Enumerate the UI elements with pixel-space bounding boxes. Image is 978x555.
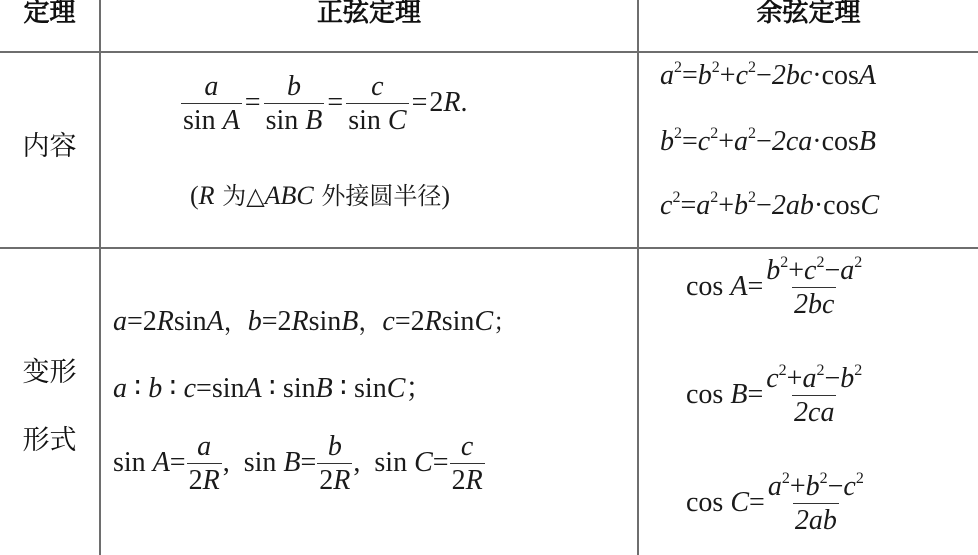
sine-law-formula: a sin A = b sin B = c sin C =2R.	[180, 72, 467, 137]
var: a	[802, 363, 816, 394]
row-label-transformed-2: 形式	[0, 418, 99, 457]
cosine-law-c: c2=a2+b2−2ab·cosC	[660, 190, 879, 222]
var: a	[113, 373, 127, 404]
angle: B	[316, 373, 333, 404]
minus: −	[828, 471, 844, 502]
square: 2	[782, 470, 790, 487]
header-sine-law: 正弦定理	[101, 0, 637, 29]
sin-fn: sin	[309, 306, 342, 337]
rhs: =2	[262, 306, 292, 337]
ratio-colon: ∶	[269, 373, 276, 404]
denominator: 2ab	[793, 503, 839, 537]
plus: +	[787, 363, 803, 394]
sin-fn: sin	[348, 105, 381, 136]
var: c	[660, 190, 672, 221]
sin-fn: sin	[113, 447, 153, 478]
ratio-colon: ∶	[169, 373, 176, 404]
sine-ratio-expression: a ∶ b ∶ c=sinA ∶ sinB ∶ sinC；	[113, 366, 433, 406]
square: 2	[854, 362, 862, 379]
cos-fn: ·cos	[812, 60, 859, 91]
angle: A	[730, 271, 747, 302]
numerator: c	[459, 432, 475, 463]
angle: A	[207, 306, 224, 337]
var: c	[766, 363, 778, 394]
var: c	[698, 126, 710, 157]
fraction-c-sinC: c sin C	[346, 72, 408, 137]
angle: C	[860, 190, 879, 221]
coefficient: 2bc	[772, 60, 812, 91]
minus: −	[756, 126, 772, 157]
angle: B	[341, 306, 358, 337]
equals: =	[747, 379, 763, 410]
cos-fn: cos	[686, 487, 730, 518]
column-divider-2	[637, 0, 639, 555]
fraction-a-2R: a2R	[187, 432, 222, 497]
radius-var: R	[157, 306, 174, 337]
equals: =	[170, 447, 186, 478]
var: a	[113, 306, 127, 337]
denominator: 2ca	[792, 395, 836, 429]
angle: B	[859, 126, 876, 157]
square: 2	[674, 59, 682, 76]
var: b	[698, 60, 712, 91]
sine-side-expressions: a=2RsinA，b=2RsinB，c=2RsinC；	[113, 302, 517, 338]
separator: ,	[223, 447, 230, 478]
cos-fn: ·cos	[814, 190, 861, 221]
triangle-name: ABC	[265, 181, 314, 210]
plus: +	[718, 126, 734, 157]
separator: ；	[405, 373, 433, 404]
numerator: a	[195, 432, 213, 463]
equals: =	[245, 87, 261, 119]
rhs: =2	[127, 306, 157, 337]
angle: C	[387, 373, 406, 404]
angle: C	[474, 306, 493, 337]
equals: =	[749, 487, 765, 518]
sin-fn: sin	[212, 373, 245, 404]
ratio-colon: ∶	[340, 373, 347, 404]
column-divider-1	[99, 0, 101, 555]
square: 2	[674, 125, 682, 142]
row-divider-1	[0, 247, 978, 249]
cos-fn: cos	[686, 379, 730, 410]
cos-fn: cos	[686, 271, 730, 302]
var: c	[184, 373, 196, 404]
square: 2	[779, 362, 787, 379]
sin-fn: sin	[244, 447, 284, 478]
var: a	[768, 471, 782, 502]
separator: ,	[353, 447, 360, 478]
coefficient: 2ab	[772, 190, 814, 221]
fraction-cosC: a2+b2−c22ab	[766, 472, 866, 537]
minus: −	[824, 255, 840, 286]
var: b	[248, 306, 262, 337]
fraction-b-sinB: b sin B	[264, 72, 325, 137]
radius-var: R	[466, 465, 483, 496]
var: a	[734, 126, 748, 157]
separator: ，	[358, 308, 382, 336]
equals: =	[433, 447, 449, 478]
var: a	[660, 60, 674, 91]
angle: C	[414, 447, 433, 478]
denominator: 2bc	[792, 287, 836, 321]
row-divider-header	[0, 51, 978, 53]
separator: ，	[224, 308, 248, 336]
square: 2	[856, 470, 864, 487]
cos-fn: ·cos	[812, 126, 859, 157]
equals: =	[682, 126, 698, 157]
angle: C	[730, 487, 749, 518]
angle: B	[730, 379, 747, 410]
coefficient: 2	[429, 87, 443, 118]
var: c	[382, 306, 394, 337]
sin-fn: sin	[174, 306, 207, 337]
minus: −	[756, 190, 772, 221]
ratio-colon: ∶	[134, 373, 141, 404]
plus: +	[788, 255, 804, 286]
radius-var: R	[443, 87, 460, 118]
cosine-law-b: b2=c2+a2−2ca·cosB	[660, 126, 876, 158]
sin-fn: sin	[266, 105, 299, 136]
theorem-table: 定理 正弦定理 余弦定理 内容 a sin A = b sin B = c si…	[0, 0, 978, 555]
minus: −	[756, 60, 772, 91]
sin-fn: sin	[442, 306, 475, 337]
equals: =	[680, 190, 696, 221]
square: 2	[854, 254, 862, 271]
var: c	[736, 60, 748, 91]
var: b	[766, 255, 780, 286]
fraction-b-2R: b2R	[317, 432, 352, 497]
radius-var: R	[425, 306, 442, 337]
cosine-law-a: a2=b2+c2−2bc·cosA	[660, 60, 876, 92]
var: b	[840, 363, 854, 394]
period: .	[460, 87, 467, 118]
cosA-formula: cos A=b2+c2−a22bc	[686, 256, 865, 321]
angle: A	[153, 447, 170, 478]
equals: =	[301, 447, 317, 478]
row-label-transformed-1: 变形	[0, 350, 99, 389]
radius-var: R	[333, 465, 350, 496]
var: b	[806, 471, 820, 502]
cosC-formula: cos C=a2+b2−c22ab	[686, 472, 867, 537]
note-text: 外接圆半径	[314, 182, 442, 210]
var: c	[804, 255, 816, 286]
cosB-formula: cos B=c2+a2−b22ca	[686, 364, 865, 429]
sin-fn: sin	[374, 447, 414, 478]
row-label-content: 内容	[0, 124, 99, 163]
equals: =	[682, 60, 698, 91]
square: 2	[820, 470, 828, 487]
coefficient: 2	[452, 465, 466, 496]
square: 2	[748, 189, 756, 206]
minus: −	[824, 363, 840, 394]
note-text: 为△	[215, 182, 265, 210]
fraction-a-sinA: a sin A	[181, 72, 242, 137]
var: b	[148, 373, 162, 404]
numerator: c	[369, 72, 385, 103]
angle: A	[859, 60, 876, 91]
var: b	[660, 126, 674, 157]
rhs: =2	[395, 306, 425, 337]
numerator: b	[285, 72, 303, 103]
coefficient: 2	[319, 465, 333, 496]
var: b	[734, 190, 748, 221]
fraction-c-2R: c2R	[450, 432, 485, 497]
fraction-cosA: b2+c2−a22bc	[764, 256, 864, 321]
radius-var: R	[203, 465, 220, 496]
circumradius-note: (R 为△ABC 外接圆半径)	[190, 176, 450, 211]
equals: =	[747, 271, 763, 302]
coefficient: 2ca	[772, 126, 812, 157]
fraction-cosB: c2+a2−b22ca	[764, 364, 864, 429]
equals: =	[327, 87, 343, 119]
sin-fn: sin	[283, 373, 316, 404]
paren-close: )	[441, 181, 450, 210]
var: a	[696, 190, 710, 221]
square: 2	[712, 59, 720, 76]
numerator: a	[202, 72, 220, 103]
plus: +	[720, 60, 736, 91]
square: 2	[748, 125, 756, 142]
sin-fn: sin	[354, 373, 387, 404]
header-cosine-law: 余弦定理	[639, 0, 978, 29]
radius-var: R	[199, 181, 215, 210]
separator: ；	[493, 308, 517, 336]
angle: C	[388, 105, 407, 136]
equals: =	[196, 373, 212, 404]
equals: =	[412, 87, 428, 119]
plus: +	[790, 471, 806, 502]
header-theorem: 定理	[0, 0, 99, 29]
angle: A	[245, 373, 262, 404]
angle: B	[305, 105, 322, 136]
sin-fn: sin	[183, 105, 216, 136]
angle: A	[223, 105, 240, 136]
paren-open: (	[190, 181, 199, 210]
plus: +	[718, 190, 734, 221]
coefficient: 2	[189, 465, 203, 496]
var: c	[843, 471, 855, 502]
angle: B	[283, 447, 300, 478]
numerator: b	[326, 432, 344, 463]
var: a	[840, 255, 854, 286]
square: 2	[748, 59, 756, 76]
sine-fraction-expressions: sin A=a2R, sin B=b2R, sin C=c2R	[113, 432, 486, 497]
radius-var: R	[292, 306, 309, 337]
